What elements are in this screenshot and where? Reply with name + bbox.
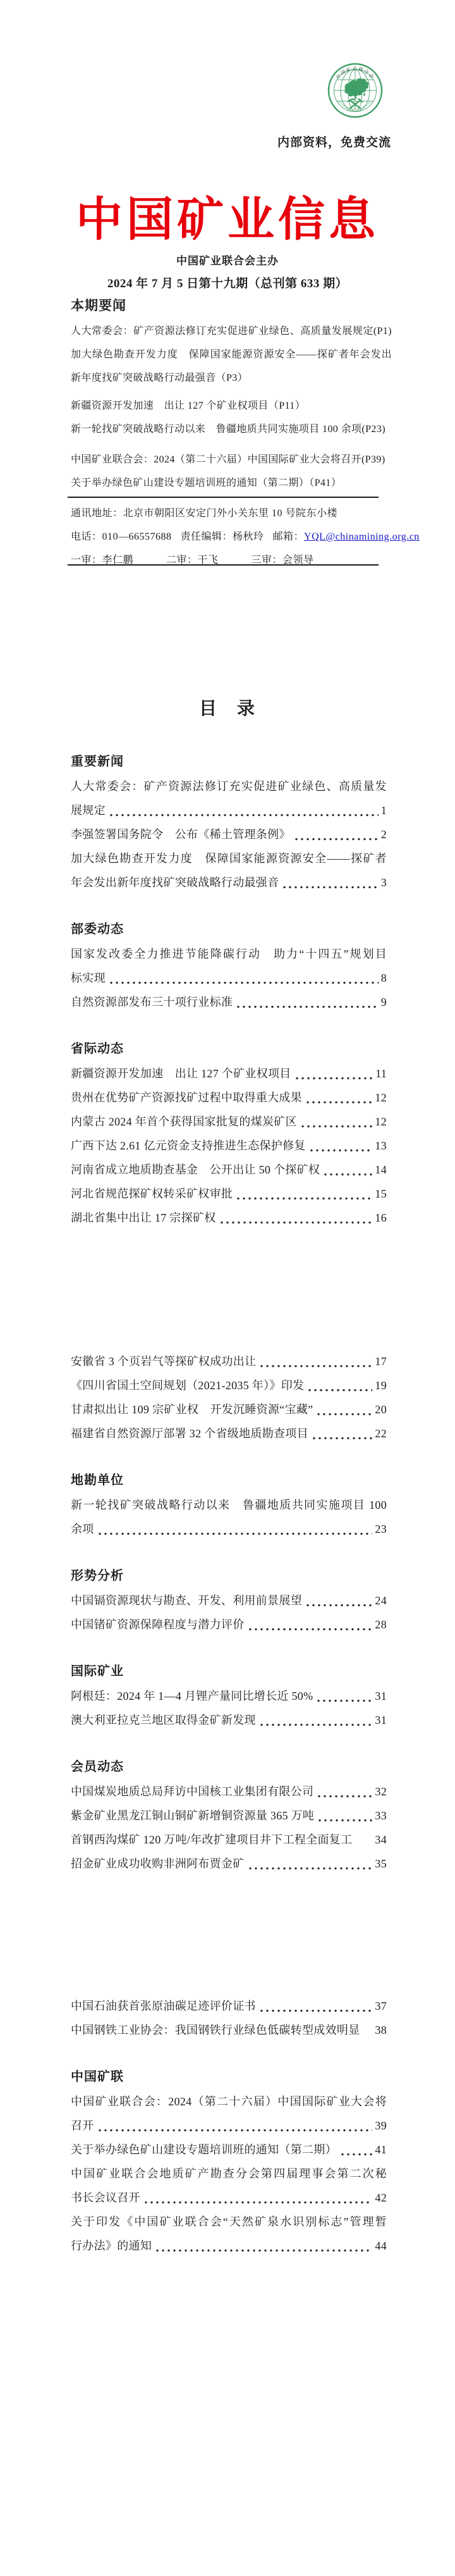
toc-page-number: 41 [375,2138,387,2162]
toc-entry-line: 人大常委会：矿产资源法修订充实促进矿业绿色、高质量发 [71,774,387,798]
dot-leader [313,1437,372,1440]
dot-leader [237,1197,372,1200]
contact-phone: 电话：010—66557688 [71,525,172,548]
highlights-lines: 人大常委会：矿产资源法修订充实促进矿业绿色、高质量发展规定(P1)加大绿色勘查开… [71,319,392,495]
toc-entry-line: 书长会议召开42 [71,2186,387,2210]
toc-entry-line: 年会发出新年度找矿突破战略行动最强音3 [71,870,387,895]
highlight-line: 人大常委会：矿产资源法修订充实促进矿业绿色、高质量发展规定(P1) [71,319,392,343]
toc-entry-line: 新疆资源开发加速 出让 127 个矿业权项目11 [71,1062,387,1086]
toc-entry-text: 中国镉资源现状与勘查、开发、利用前景展望 [71,1588,302,1613]
toc-entry-text: 《四川省国土空间规划（2021-2035 年）》印发 [71,1373,304,1397]
dot-leader [301,1125,372,1128]
dot-leader [318,1795,372,1798]
toc-entry-line: 紫金矿业黑龙江铜山铜矿新增铜资源量 365 万吨33 [71,1804,387,1828]
highlight-line: 中国矿业联合会：2024（第二十六届）中国国际矿业大会将召开(P39) [71,448,392,471]
toc-entry-text: 召开 [71,2114,94,2138]
toc-entry-line: 内蒙古 2024 年首个获得国家批复的煤炭矿区12 [71,1110,387,1134]
toc-entry-text: 安徽省 3 个页岩气等探矿权成功出让 [71,1349,256,1373]
toc-entry-text: 广西下达 2.61 亿元资金支持推进生态保护修复 [71,1134,306,1158]
contact-email-label: 邮箱： [273,525,305,548]
toc-entry-line: 《四川省国土空间规划（2021-2035 年）》印发19 [71,1373,387,1397]
toc-entry-line: 国家发改委全力推进节能降碳行动 助力“十四五”规划目 [71,942,387,966]
contact-editor: 责任编辑：杨秋玲 [181,525,264,548]
toc-entry-line: 中国锗矿资源保障程度与潜力评价28 [71,1613,387,1637]
contact-address: 通讯地址：北京市朝阳区安定门外小关东里 10 号院东小楼 [71,502,337,525]
toc-block-page3: 中国石油获首张原油碳足迹评价证书37中国钢铁工业协会：我国钢铁行业绿色低碳转型成… [71,1994,387,2258]
toc-entry-text: 人大常委会：矿产资源法修订充实促进矿业绿色、高质量发 [71,774,387,798]
toc-entry-text: 标实现 [71,966,106,990]
toc-page-number: 33 [375,1804,387,1828]
toc-entry-text: 中国矿业联合会：2024（第二十六届）中国国际矿业大会将 [71,2090,387,2114]
issue-date-line: 2024 年 7 月 5 日第十九期（总刊第 633 期） [0,274,455,291]
toc-entry-line: 关于印发《中国矿业联合会“天然矿泉水识别标志”管理暂 [71,2210,387,2234]
toc-entry-text: 首钢西沟煤矿 120 万吨/年改扩建项目井下工程全面复工 [71,1828,352,1852]
toc-page-number: 17 [375,1349,387,1373]
toc-page-number: 13 [375,1134,387,1158]
toc-entry-line: 广西下达 2.61 亿元资金支持推进生态保护修复13 [71,1134,387,1158]
toc-page-number: 35 [375,1852,387,1876]
dot-leader [249,1867,373,1870]
toc-entry-text: 年会发出新年度找矿突破战略行动最强音 [71,870,279,895]
toc-page-number: 42 [375,2186,387,2210]
highlight-line: 关于举办绿色矿山建设专题培训班的通知（第二期）（P41） [71,471,392,495]
dot-leader [356,1843,372,1846]
toc-entry-text: 关于举办绿色矿山建设专题培训班的通知（第二期） [71,2138,337,2162]
toc-title: 目 录 [0,695,455,720]
toc-entry-line: 河南省成立地质勘查基金 公开出让 50 个探矿权14 [71,1158,387,1182]
dot-leader [324,1173,372,1176]
dot-leader [308,1389,372,1392]
toc-block-page1: 重要新闻人大常委会：矿产资源法修订充实促进矿业绿色、高质量发展规定1李强签署国务… [71,749,387,1230]
highlights-heading: 本期要闻 [71,297,392,314]
toc-entry-line: 新一轮找矿突破战略行动以来 鲁疆地质共同实施项目 100 [71,1493,387,1517]
toc-entry-text: 内蒙古 2024 年首个获得国家批复的煤炭矿区 [71,1110,297,1134]
toc-entry-line: 福建省自然资源厅部署 32 个省级地质勘查项目22 [71,1421,387,1446]
toc-page-number: 37 [375,1994,387,2018]
dot-leader [260,1365,372,1368]
toc-section-heading: 部委动态 [71,917,387,942]
toc-section-heading: 形势分析 [71,1563,387,1588]
toc-entry-text: 紫金矿业黑龙江铜山铜矿新增铜资源量 365 万吨 [71,1804,314,1828]
toc-entry-line: 自然资源部发布三十项行业标准9 [71,990,387,1014]
toc-entry-text: 余项 [71,1517,94,1541]
toc-entry-text: 阿根廷：2024 年 1—4 月锂产量同比增长近 50% [71,1684,313,1708]
dot-leader [99,2129,373,2132]
toc-entry-line: 河北省规范探矿权转采矿权审批15 [71,1182,387,1206]
highlight-line: 新疆资源开发加速 出让 127 个矿业权项目（P11） [71,394,392,418]
toc-entry-text: 甘肃拟出让 109 宗矿业权 开发沉睡资源“宝藏” [71,1397,313,1421]
toc-page-number: 14 [375,1158,387,1182]
toc-entry-text: 中国矿业联合会地质矿产勘查分会第四届理事会第二次秘 [71,2162,387,2186]
toc-page-number: 11 [375,1062,387,1086]
dot-leader [283,886,378,889]
toc-entry-text: 河北省规范探矿权转采矿权审批 [71,1182,233,1206]
dot-leader [306,1604,372,1607]
dot-leader [295,838,379,841]
dot-leader [365,2033,373,2036]
contact-editor-row: 电话：010—66557688 责任编辑：杨秋玲 邮箱： YQL@chinami… [71,525,384,548]
divider-line-bottom [68,564,379,566]
toc-section-heading: 省际动态 [71,1036,387,1062]
toc-entry-line: 余项23 [71,1517,387,1541]
toc-page-number: 8 [381,966,387,990]
confidential-note: 内部资料，免费交流 [277,133,391,150]
toc-entry-text: 国家发改委全力推进节能降碳行动 助力“十四五”规划目 [71,942,387,966]
toc-entry-text: 展规定 [71,798,106,822]
china-mining-association-logo-icon: 中国矿业联合会 CHINA MINING ASSOCIATION [327,61,384,120]
dot-leader [249,1628,373,1631]
toc-entry-text: 行办法》的通知 [71,2234,152,2258]
dot-leader [318,1819,372,1822]
toc-entry-text: 书长会议召开 [71,2186,140,2210]
toc-page-number: 2 [381,822,387,846]
dot-leader [221,1221,373,1224]
toc-entry-text: 福建省自然资源厅部署 32 个省级地质勘查项目 [71,1421,308,1446]
toc-block-page2: 安徽省 3 个页岩气等探矿权成功出让17《四川省国土空间规划（2021-2035… [71,1349,387,1876]
toc-entry-line: 中国煤炭地质总局拜访中国核工业集团有限公司32 [71,1780,387,1804]
toc-section-heading: 重要新闻 [71,749,387,774]
toc-entry-line: 湖北省集中出让 17 宗探矿权16 [71,1206,387,1230]
toc-section-heading: 中国矿联 [71,2064,387,2090]
reviewer-second: 二审：干飞 [166,548,219,572]
toc-entry-text: 中国锗矿资源保障程度与潜力评价 [71,1613,245,1637]
toc-entry-line: 标实现8 [71,966,387,990]
contact-block: 通讯地址：北京市朝阳区安定门外小关东里 10 号院东小楼 电话：010—6655… [71,502,384,572]
toc-section-heading: 会员动态 [71,1754,387,1780]
toc-page-number: 15 [375,1182,387,1206]
toc-entry-text: 澳大利亚拉克兰地区取得金矿新发现 [71,1708,256,1732]
dot-leader [306,1101,372,1104]
toc-entry-line: 甘肃拟出让 109 宗矿业权 开发沉睡资源“宝藏”20 [71,1397,387,1421]
toc-entry-text: 中国石油获首张原油碳足迹评价证书 [71,1994,256,2018]
toc-page-number: 34 [375,1828,387,1852]
toc-entry-text: 关于印发《中国矿业联合会“天然矿泉水识别标志”管理暂 [71,2210,387,2234]
toc-page-number: 9 [381,990,387,1014]
toc-section-heading: 地勘单位 [71,1468,387,1493]
toc-page-number: 12 [375,1086,387,1110]
dot-leader [110,981,379,984]
email-link[interactable]: YQL@chinamining.org.cn [304,525,420,548]
toc-entry-text: 招金矿业成功收购非洲阿布贾金矿 [71,1852,245,1876]
toc-page-number: 3 [381,870,387,895]
toc-entry-line: 首钢西沟煤矿 120 万吨/年改扩建项目井下工程全面复工34 [71,1828,387,1852]
toc-page-number: 44 [375,2234,387,2258]
toc-page-number: 22 [375,1421,387,1446]
divider-line-top [68,497,379,498]
dot-leader [317,1413,372,1416]
dot-leader [156,2249,372,2252]
toc-page-number: 23 [375,1517,387,1541]
dot-leader [310,1149,373,1152]
toc-entry-line: 中国钢铁工业协会：我国钢铁行业绿色低碳转型成效明显38 [71,2018,387,2042]
toc-entry-line: 展规定1 [71,798,387,822]
toc-page-number: 38 [375,2018,387,2042]
toc-entry-text: 贵州在优势矿产资源找矿过程中取得重大成果 [71,1086,302,1110]
toc-entry-line: 中国矿业联合会地质矿产勘查分会第四届理事会第二次秘 [71,2162,387,2186]
toc-entry-line: 李强签署国务院令 公布《稀土管理条例》2 [71,822,387,846]
toc-entry-line: 招金矿业成功收购非洲阿布贾金矿35 [71,1852,387,1876]
toc-page-number: 39 [375,2114,387,2138]
toc-entry-line: 行办法》的通知44 [71,2234,387,2258]
highlight-line: 加大绿色勘查开发力度 保障国家能源资源安全——探矿者年会发出 [71,343,392,366]
organizer-line: 中国矿业联合会主办 [0,252,455,268]
toc-page-number: 31 [375,1684,387,1708]
toc-entry-text: 河南省成立地质勘查基金 公开出让 50 个探矿权 [71,1158,320,1182]
toc-page-number: 20 [375,1397,387,1421]
dot-leader [145,2201,373,2204]
document-page: 中国矿业联合会 CHINA MINING ASSOCIATION 内部资料，免费… [0,0,455,2576]
highlights-section: 本期要闻 人大常委会：矿产资源法修订充实促进矿业绿色、高质量发展规定(P1)加大… [71,297,392,495]
dot-leader [296,1077,373,1080]
toc-entry-line: 召开39 [71,2114,387,2138]
toc-page-number: 16 [375,1206,387,1230]
toc-entry-line: 中国石油获首张原油碳足迹评价证书37 [71,1994,387,2018]
toc-entry-line: 阿根廷：2024 年 1—4 月锂产量同比增长近 50%31 [71,1684,387,1708]
toc-entry-text: 加大绿色勘查开发力度 保障国家能源资源安全——探矿者 [71,846,387,870]
dot-leader [317,1699,372,1702]
toc-section-heading: 国际矿业 [71,1659,387,1684]
toc-entry-line: 关于举办绿色矿山建设专题培训班的通知（第二期）41 [71,2138,387,2162]
dot-leader [341,2153,372,2156]
toc-entry-line: 澳大利亚拉克兰地区取得金矿新发现31 [71,1708,387,1732]
toc-entry-text: 湖北省集中出让 17 宗探矿权 [71,1206,216,1230]
dot-leader [260,2009,373,2012]
highlight-line: 新年度找矿突破战略行动最强音（P3） [71,366,392,390]
toc-entry-text: 中国煤炭地质总局拜访中国核工业集团有限公司 [71,1780,313,1804]
toc-page-number: 28 [375,1613,387,1637]
toc-page-number: 19 [375,1373,387,1397]
toc-entry-text: 李强签署国务院令 公布《稀土管理条例》 [71,822,291,846]
toc-page-number: 1 [381,798,387,822]
toc-entry-text: 新一轮找矿突破战略行动以来 鲁疆地质共同实施项目 100 [71,1493,387,1517]
toc-entry-line: 加大绿色勘查开发力度 保障国家能源资源安全——探矿者 [71,846,387,870]
toc-entry-line: 中国镉资源现状与勘查、开发、利用前景展望24 [71,1588,387,1613]
toc-entry-line: 安徽省 3 个页岩气等探矿权成功出让17 [71,1349,387,1373]
toc-entry-line: 中国矿业联合会：2024（第二十六届）中国国际矿业大会将 [71,2090,387,2114]
contact-reviewers-row: 一审：李仁鹏 二审：干飞 三审：会领导 [71,548,384,572]
toc-page-number: 31 [375,1708,387,1732]
publication-title: 中国矿业信息 [0,182,455,249]
toc-page-number: 24 [375,1588,387,1613]
toc-entry-text: 中国钢铁工业协会：我国钢铁行业绿色低碳转型成效明显 [71,2018,360,2042]
toc-page-number: 32 [375,1780,387,1804]
toc-entry-text: 新疆资源开发加速 出让 127 个矿业权项目 [71,1062,291,1086]
reviewer-first: 一审：李仁鹏 [71,548,133,572]
toc-entry-line: 贵州在优势矿产资源找矿过程中取得重大成果12 [71,1086,387,1110]
toc-entry-text: 自然资源部发布三十项行业标准 [71,990,233,1014]
contact-address-row: 通讯地址：北京市朝阳区安定门外小关东里 10 号院东小楼 [71,502,384,525]
dot-leader [260,1723,373,1726]
dot-leader [237,1005,378,1008]
dot-leader [110,814,379,817]
dot-leader [99,1532,373,1535]
reviewer-third: 三审：会领导 [252,548,314,572]
highlight-line: 新一轮找矿突破战略行动以来 鲁疆地质共同实施项目 100 余项(P23) [71,418,392,441]
toc-page-number: 12 [375,1110,387,1134]
